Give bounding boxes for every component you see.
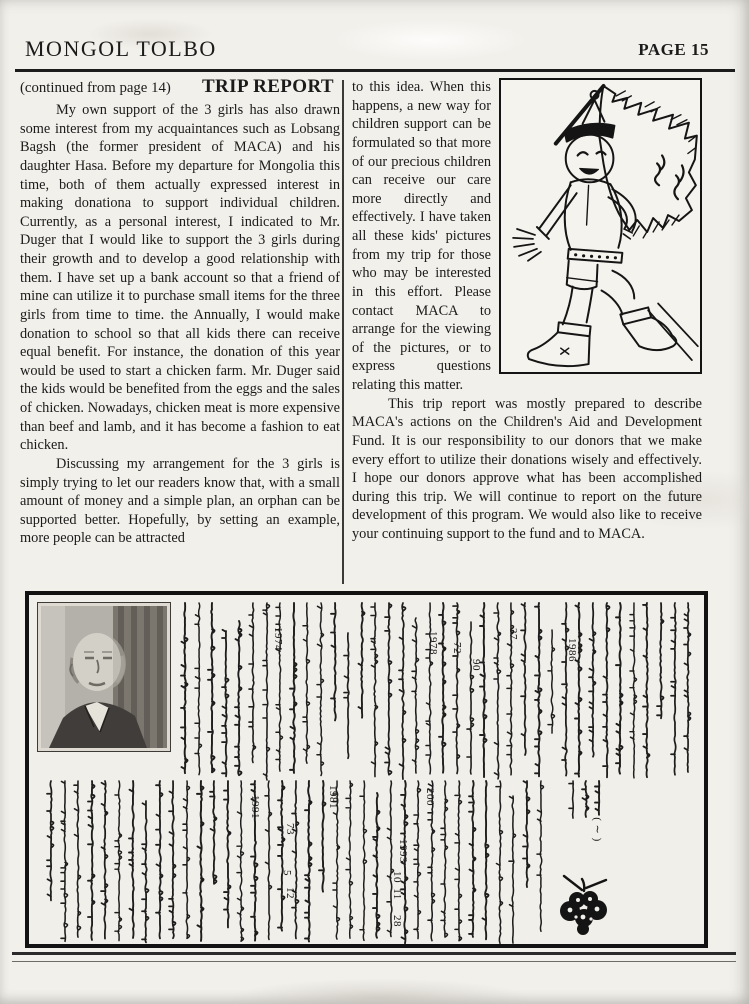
script-numeral: 11	[391, 888, 403, 900]
mongolian-script-column	[290, 779, 302, 941]
mongolian-script-column	[614, 601, 626, 777]
mongolian-script-column	[587, 601, 599, 761]
mongolian-script-column	[86, 779, 98, 941]
mongolian-script-column	[288, 601, 300, 777]
mongolian-script-column	[59, 779, 71, 941]
mongolian-script-column	[397, 601, 409, 777]
script-numeral: 1978	[427, 631, 439, 655]
mongolian-script-column	[263, 779, 275, 941]
mongolian-script-column	[235, 779, 247, 941]
paragraph: My own support of the 3 girls has also d…	[20, 101, 340, 455]
masthead-title: MONGOL TOLBO	[25, 36, 217, 62]
script-numeral: 1981	[327, 785, 339, 809]
mongolian-script-column	[424, 601, 436, 777]
mongolian-script-column	[580, 779, 592, 817]
mongolian-script-column	[371, 791, 383, 942]
mongolian-script-column	[358, 779, 370, 941]
script-numeral: 72	[451, 642, 463, 654]
boy-with-flag-drawing	[501, 80, 700, 372]
mongolian-script-column	[507, 794, 519, 941]
mongolian-script-column	[628, 601, 640, 777]
mongolian-script-column	[601, 601, 613, 777]
mongolian-script-column	[208, 779, 220, 885]
mongolian-script-column	[560, 601, 572, 777]
mongolian-script-column	[641, 601, 653, 777]
mongolian-script-column	[573, 601, 585, 777]
mongolian-script-column	[410, 616, 422, 778]
mongolian-script-column	[179, 601, 191, 777]
mongolian-script-column	[329, 601, 341, 723]
mongolian-script-column	[356, 601, 368, 723]
script-numeral: 1986	[566, 638, 578, 662]
header-rule	[15, 69, 735, 72]
script-numeral: 73	[284, 823, 296, 835]
mongolian-script-column	[247, 601, 259, 767]
mongolian-script-column	[453, 779, 465, 941]
headline-row: (continued from page 14) TRIP REPORT	[20, 76, 340, 98]
mongolian-script-column	[467, 779, 479, 941]
mongolian-script-column	[521, 779, 533, 888]
script-numeral: 5	[281, 870, 293, 876]
mongolian-script-column	[342, 631, 354, 758]
mongolian-script-column	[233, 619, 245, 777]
paragraph: This trip report was mostly prepared to …	[352, 395, 702, 544]
portrait-photo	[37, 602, 171, 752]
mongolian-article-box: 197419787290371986( ∼ )19911981200735121…	[25, 591, 708, 948]
mongolian-script-column	[113, 779, 125, 941]
mongolian-script-column	[533, 601, 545, 777]
mongolian-script-column	[535, 779, 547, 932]
mongolian-script-column	[546, 628, 558, 736]
script-numeral: 1974	[272, 627, 284, 651]
mongolian-script-column	[154, 779, 166, 941]
mongolian-script-column	[451, 601, 463, 777]
mongolian-script-column	[181, 779, 193, 941]
mongolian-script-column	[127, 779, 139, 941]
mongolian-script-column	[140, 799, 152, 941]
script-numeral: 37	[507, 628, 519, 640]
script-numeral: 1993	[397, 839, 409, 863]
mongolian-script-column	[682, 601, 694, 777]
mongolian-script-column	[195, 779, 207, 941]
mongolian-script-column	[45, 779, 57, 899]
script-numeral: 90	[470, 659, 482, 671]
script-numeral: ( ∼ )	[591, 817, 604, 842]
mongolian-script-column	[369, 601, 381, 777]
mongolian-script-column	[303, 779, 315, 941]
page-number: PAGE 15	[638, 40, 709, 60]
footer-rule-thin	[12, 961, 736, 962]
article-title: TRIP REPORT	[202, 76, 334, 98]
mongolian-script-column	[567, 779, 579, 817]
mongolian-script-column	[439, 779, 451, 941]
mongolian-script-column	[220, 629, 232, 777]
mongolian-script-column	[72, 779, 84, 941]
left-column: (continued from page 14) TRIP REPORT My …	[20, 76, 340, 548]
mongolian-script-column	[383, 601, 395, 777]
mongolian-script-column	[412, 779, 424, 941]
newsletter-page: MONGOL TOLBO PAGE 15 (continued from pag…	[0, 0, 749, 1004]
mongolian-script-column	[315, 601, 327, 777]
mongolian-script-column	[206, 601, 218, 777]
continued-note: (continued from page 14)	[20, 80, 171, 97]
mongolian-script-column	[344, 779, 356, 941]
mongolian-script-column	[437, 601, 449, 777]
mongolian-script-column	[492, 601, 504, 777]
footer-rule-thick	[12, 952, 736, 955]
script-numeral: 12	[284, 887, 296, 899]
mongolian-script-column	[669, 601, 681, 777]
mongolian-script-column	[261, 601, 273, 777]
script-numeral: 200	[424, 788, 436, 806]
mongolian-script-column	[301, 601, 313, 765]
mongolian-script-column	[478, 601, 490, 777]
mongolian-script-column	[276, 779, 288, 927]
mongolian-script-column	[193, 601, 205, 777]
paragraph: Discussing my arrangement for the 3 girl…	[20, 455, 340, 548]
mongolian-script-column	[655, 601, 667, 721]
mongolian-script-column	[167, 779, 179, 941]
script-numeral: 10	[391, 871, 403, 883]
mongolian-script-column	[480, 779, 492, 941]
script-numeral: 28	[391, 915, 403, 927]
column-divider-rule	[342, 80, 344, 584]
right-column: to this idea. When this happens, a new w…	[352, 78, 702, 544]
mongolian-script-column	[593, 779, 605, 817]
mongolian-script-column	[494, 779, 506, 941]
script-numeral: 1991	[249, 795, 261, 819]
mongolian-script-column	[222, 779, 234, 926]
elderly-man-photo	[41, 606, 167, 748]
boy-with-flag-illustration	[499, 78, 702, 374]
mongolian-script-column	[519, 601, 531, 759]
mongolian-script-column	[465, 620, 477, 778]
mongolian-script-column	[99, 779, 111, 941]
flower-stamp-icon	[552, 873, 614, 942]
